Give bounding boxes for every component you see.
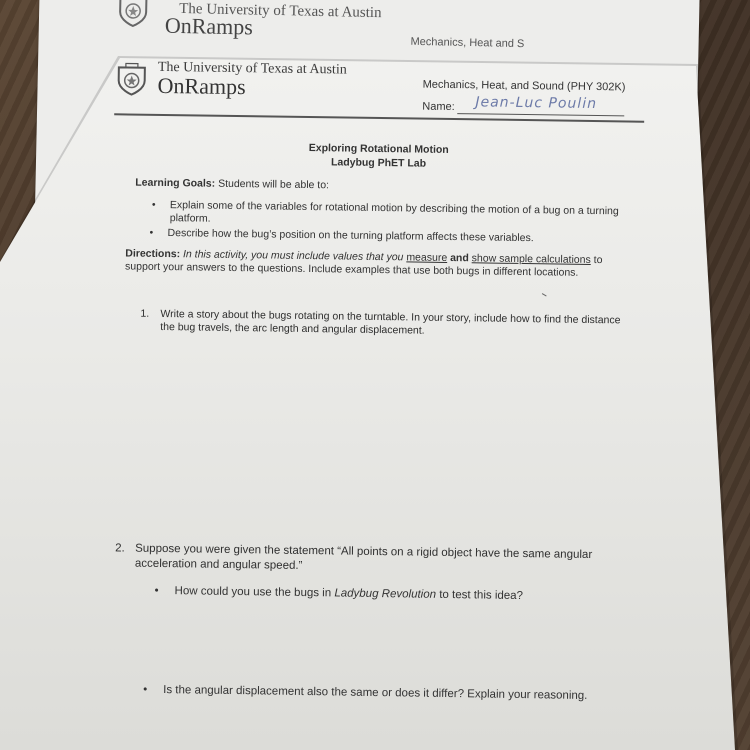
learning-goal-item: • Describe how the bug’s position on the… (167, 227, 627, 246)
bullet-text-rest: to test this idea? (439, 589, 523, 602)
bullet-icon: • (149, 227, 153, 240)
front-worksheet-page: The University of Texas at Austin OnRamp… (0, 0, 750, 750)
name-label: Name: (422, 101, 455, 113)
simulation-name: Ladybug Revolution (334, 587, 436, 600)
worksheet-title: Exploring Rotational Motion (249, 141, 509, 157)
directions-label: Directions: (125, 247, 180, 260)
measure-emphasis: measure (406, 251, 447, 264)
and-emphasis: and (450, 252, 469, 264)
worksheet-subtitle: Ladybug PhET Lab (248, 155, 508, 171)
directions-paragraph: Directions: In this activity, you must i… (125, 247, 625, 279)
learning-goals-intro: Students will be able to: (218, 178, 329, 192)
question-1: 1. Write a story about the bugs rotating… (141, 308, 631, 315)
bullet-icon: • (152, 199, 156, 212)
back-course-title: Mechanics, Heat and S (410, 36, 524, 50)
bullet-icon: • (154, 584, 158, 599)
question-text: Write a story about the bugs rotating on… (160, 308, 630, 341)
question-2-bullet: • How could you use the bugs in Ladybug … (174, 584, 594, 605)
bullet-text: How could you use the bugs in (174, 585, 331, 599)
question-number: 1. (140, 308, 149, 321)
brand-name: OnRamps (157, 73, 245, 100)
bullet-text: Is the angular displacement also the sam… (163, 684, 587, 702)
ut-seal-icon (117, 0, 150, 28)
learning-goals-label: Learning Goals: (135, 177, 215, 190)
learning-goal-text: Describe how the bug’s position on the t… (167, 227, 533, 244)
learning-goals-heading: Learning Goals: Students will be able to… (135, 177, 329, 192)
question-2: 2. Suppose you were given the statement … (115, 541, 605, 548)
ut-seal-icon (116, 62, 146, 96)
back-brand-name: OnRamps (165, 13, 254, 41)
name-field-handwritten: Jean-Luc Poulin (475, 94, 597, 112)
name-underline (457, 113, 624, 116)
question-text: Suppose you were given the statement “Al… (135, 542, 605, 579)
show-sample-emphasis: show sample calculations (472, 252, 591, 266)
course-title: Mechanics, Heat, and Sound (PHY 302K) (423, 79, 626, 94)
stray-pen-mark (542, 293, 547, 296)
bullet-icon: • (143, 683, 147, 698)
question-2-bullet: • Is the angular displacement also the s… (163, 683, 593, 704)
learning-goal-item: • Explain some of the variables for rota… (170, 199, 630, 230)
question-number: 2. (115, 541, 125, 556)
learning-goal-text: Explain some of the variables for rotati… (170, 199, 619, 224)
